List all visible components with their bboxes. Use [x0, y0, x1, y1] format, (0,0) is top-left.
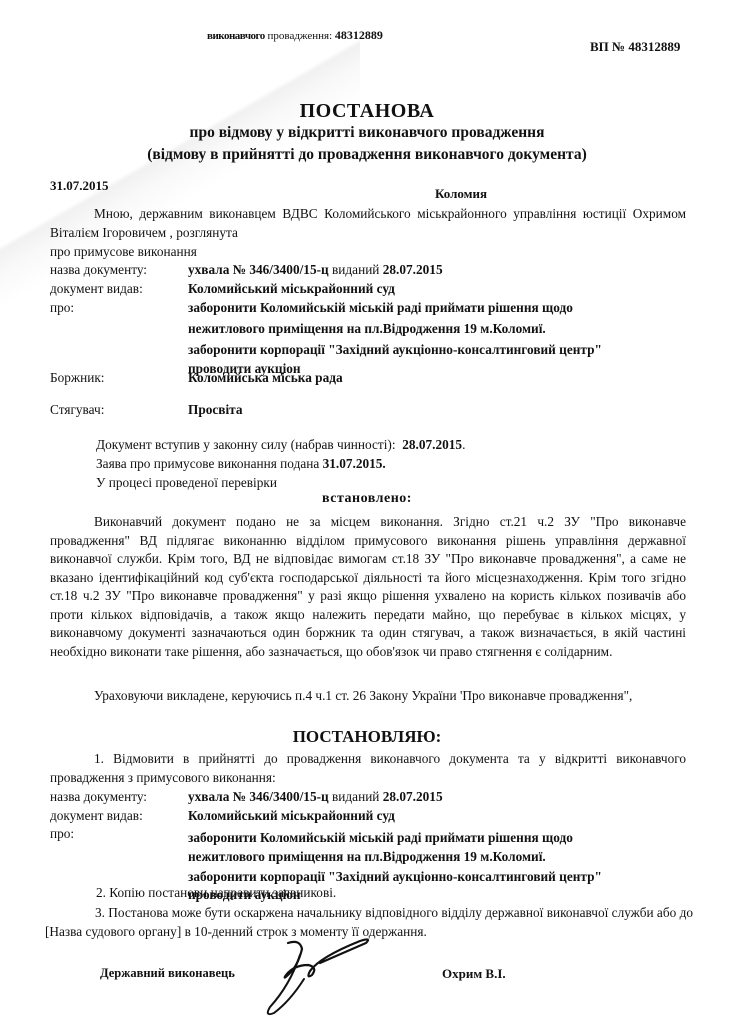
proceeding-number: 48312889 — [335, 28, 383, 42]
application-line: Заява про примусове виконання подана 31.… — [96, 456, 386, 472]
resolution-item-2: 2. Копію постанови направити заявникові. — [96, 885, 336, 901]
doc-name-label: назва документу: — [50, 262, 147, 278]
creditor-value: Просвіта — [188, 402, 243, 418]
res-issuer-label: документ видав: — [50, 808, 143, 824]
about-line: заборонити корпорації "Західний аукціонн… — [188, 342, 602, 358]
document-title: ПОСТАНОВА — [0, 100, 734, 123]
established-paragraph: Виконавчий документ подано не за місцем … — [50, 513, 686, 661]
res-doc-name-date: 28.07.2015 — [383, 789, 443, 804]
proceeding-reference: виконавчого провадження: 48312889 — [207, 28, 383, 43]
vp-number: ВП № 48312889 — [590, 39, 680, 55]
res-doc-name-number: ухвала № 346/3400/15-ц — [188, 789, 329, 804]
effective-date: 28.07.2015 — [402, 437, 462, 452]
intro-paragraph: Мною, державним виконавцем ВДВС Коломийс… — [50, 205, 686, 242]
application-text: Заява про примусове виконання подана — [96, 456, 319, 471]
established-heading: встановлено: — [0, 491, 734, 507]
intro-text: Мною, державним виконавцем ВДВС Коломийс… — [50, 206, 686, 240]
doc-name-number: ухвала № 346/3400/15-ц — [188, 262, 329, 277]
effective-line: Документ вступив у законну силу (набрав … — [96, 437, 465, 453]
debtor-label: Боржник: — [50, 370, 105, 386]
about-line: нежитлового приміщення на пл.Відродження… — [188, 321, 546, 337]
doc-name-value: ухвала № 346/3400/15-ц виданий 28.07.201… — [188, 262, 443, 278]
document-subtitle: про відмову у відкритті виконавчого пров… — [0, 124, 734, 142]
proceeding-prefix: виконавчого — [207, 30, 265, 42]
considering-paragraph: Ураховуючи викладене, керуючись п.4 ч.1 … — [50, 687, 686, 706]
issuer-label: документ видав: — [50, 281, 143, 297]
about-label: про: — [50, 300, 74, 316]
check-line: У процесі проведеної перевірки — [96, 475, 277, 491]
effective-text: Документ вступив у законну силу (набрав … — [96, 437, 396, 452]
established-text: Виконавчий документ подано не за місцем … — [50, 514, 686, 659]
res-doc-name-issued: виданий — [329, 789, 383, 804]
res-doc-name-label: назва документу: — [50, 789, 147, 805]
document-city: Коломия — [435, 186, 487, 202]
res-about-line: заборонити корпорації "Західний аукціонн… — [188, 869, 602, 885]
resolution-item-3-text: 3. Постанова може бути оскаржена начальн… — [45, 905, 693, 939]
resolution-item-1-text: 1. Відмовити в прийнятті до провадження … — [50, 751, 686, 785]
res-about-label: про: — [50, 826, 74, 842]
res-about-line: заборонити Коломийській міській раді при… — [188, 830, 573, 846]
resolution-item-1: 1. Відмовити в прийнятті до провадження … — [50, 750, 686, 787]
document-date: 31.07.2015 — [50, 178, 109, 194]
res-doc-name-value: ухвала № 346/3400/15-ц виданий 28.07.201… — [188, 789, 443, 805]
document-subtitle-2: (відмову в прийнятті до провадження вико… — [0, 146, 734, 164]
doc-name-date: 28.07.2015 — [383, 262, 443, 277]
doc-name-issued: виданий — [329, 262, 383, 277]
handwritten-signature-icon — [260, 935, 380, 1020]
creditor-label: Стягувач: — [50, 402, 104, 418]
res-issuer-value: Коломийський міськрайонний суд — [188, 808, 395, 824]
application-date: 31.07.2015 — [323, 456, 383, 471]
about-line: заборонити Коломийській міській раді при… — [188, 300, 573, 316]
res-about-line: нежитлового приміщення на пл.Відродження… — [188, 849, 546, 865]
signatory-name: Охрим В.І. — [442, 966, 506, 982]
considering-text: Ураховуючи викладене, керуючись п.4 ч.1 … — [94, 688, 632, 703]
resolve-heading: ПОСТАНОВЛЯЮ: — [0, 727, 734, 747]
proceeding-label: провадження: — [268, 30, 333, 42]
issuer-value: Коломийський міськрайонний суд — [188, 281, 395, 297]
intro-line2: про примусове виконання — [50, 243, 686, 262]
debtor-value: Коломийська міська рада — [188, 370, 343, 386]
signatory-role: Державний виконавець — [100, 966, 235, 981]
